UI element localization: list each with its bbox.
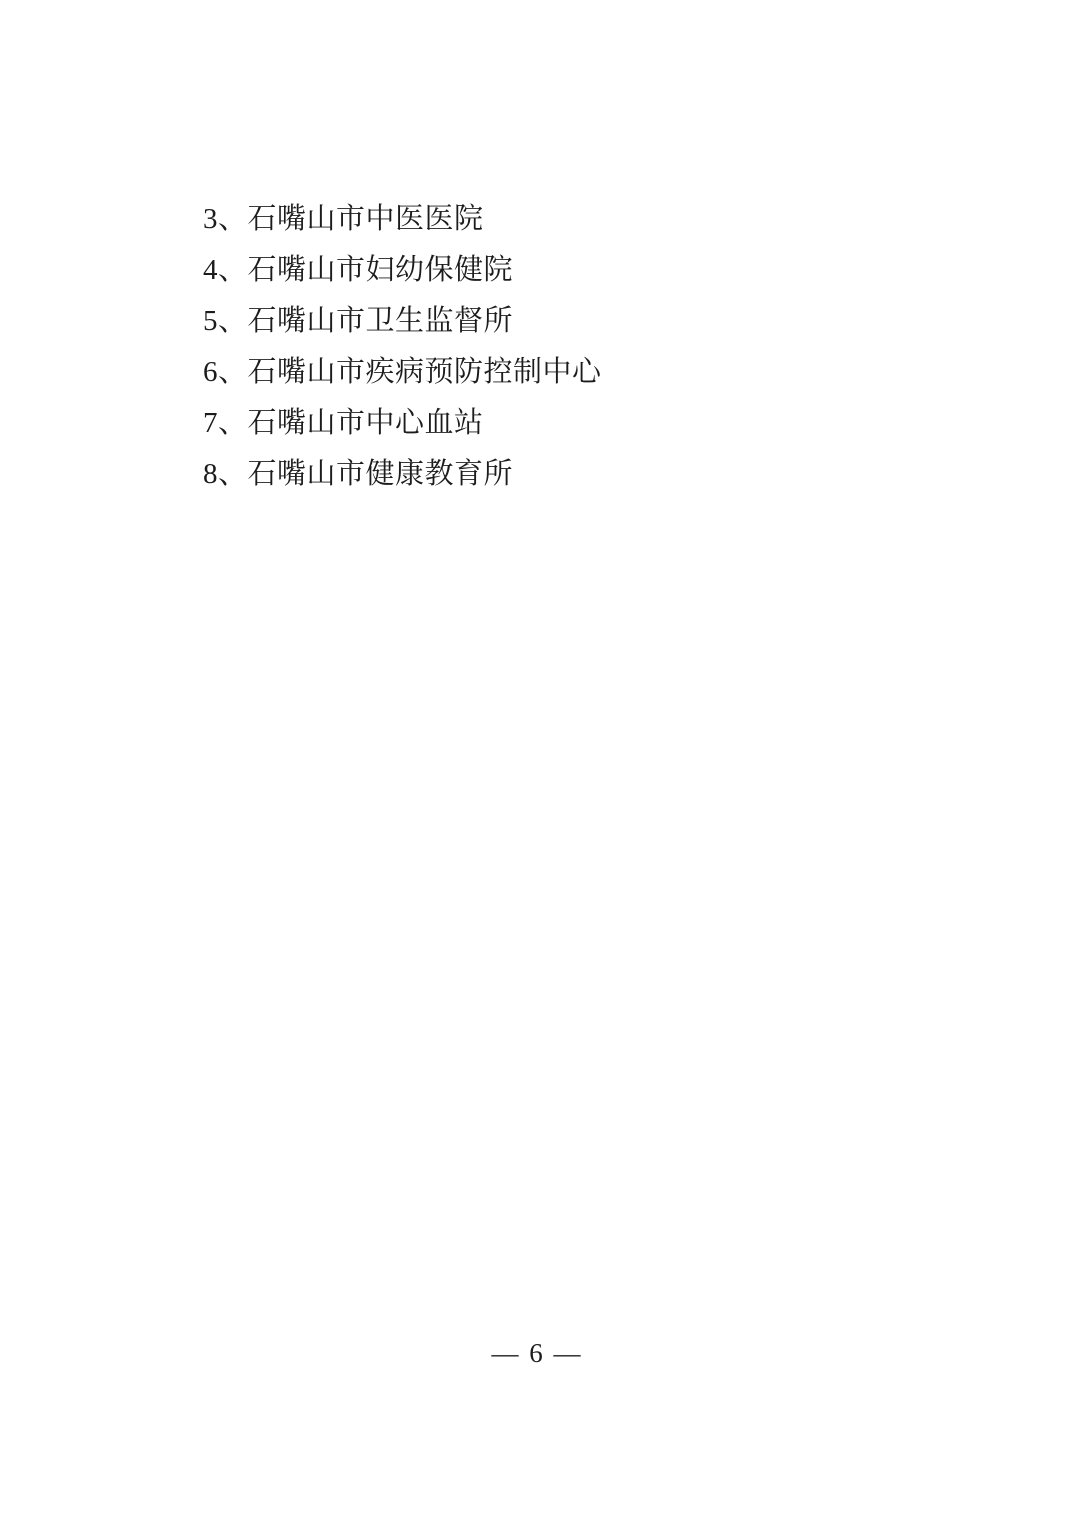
list-item: 4、石嘴山市妇幼保健院 [203, 245, 602, 296]
list-item: 3、石嘴山市中医医院 [203, 194, 602, 245]
list-item: 8、石嘴山市健康教育所 [203, 449, 602, 500]
document-page: 3、石嘴山市中医医院 4、石嘴山市妇幼保健院 5、石嘴山市卫生监督所 6、石嘴山… [0, 0, 1074, 1520]
list-item: 5、石嘴山市卫生监督所 [203, 296, 602, 347]
page-number: — 6 — [492, 1338, 583, 1368]
list-item: 6、石嘴山市疾病预防控制中心 [203, 347, 602, 398]
list-item: 7、石嘴山市中心血站 [203, 398, 602, 449]
organization-list: 3、石嘴山市中医医院 4、石嘴山市妇幼保健院 5、石嘴山市卫生监督所 6、石嘴山… [203, 194, 602, 500]
page-footer: — 6 — [0, 1338, 1074, 1369]
